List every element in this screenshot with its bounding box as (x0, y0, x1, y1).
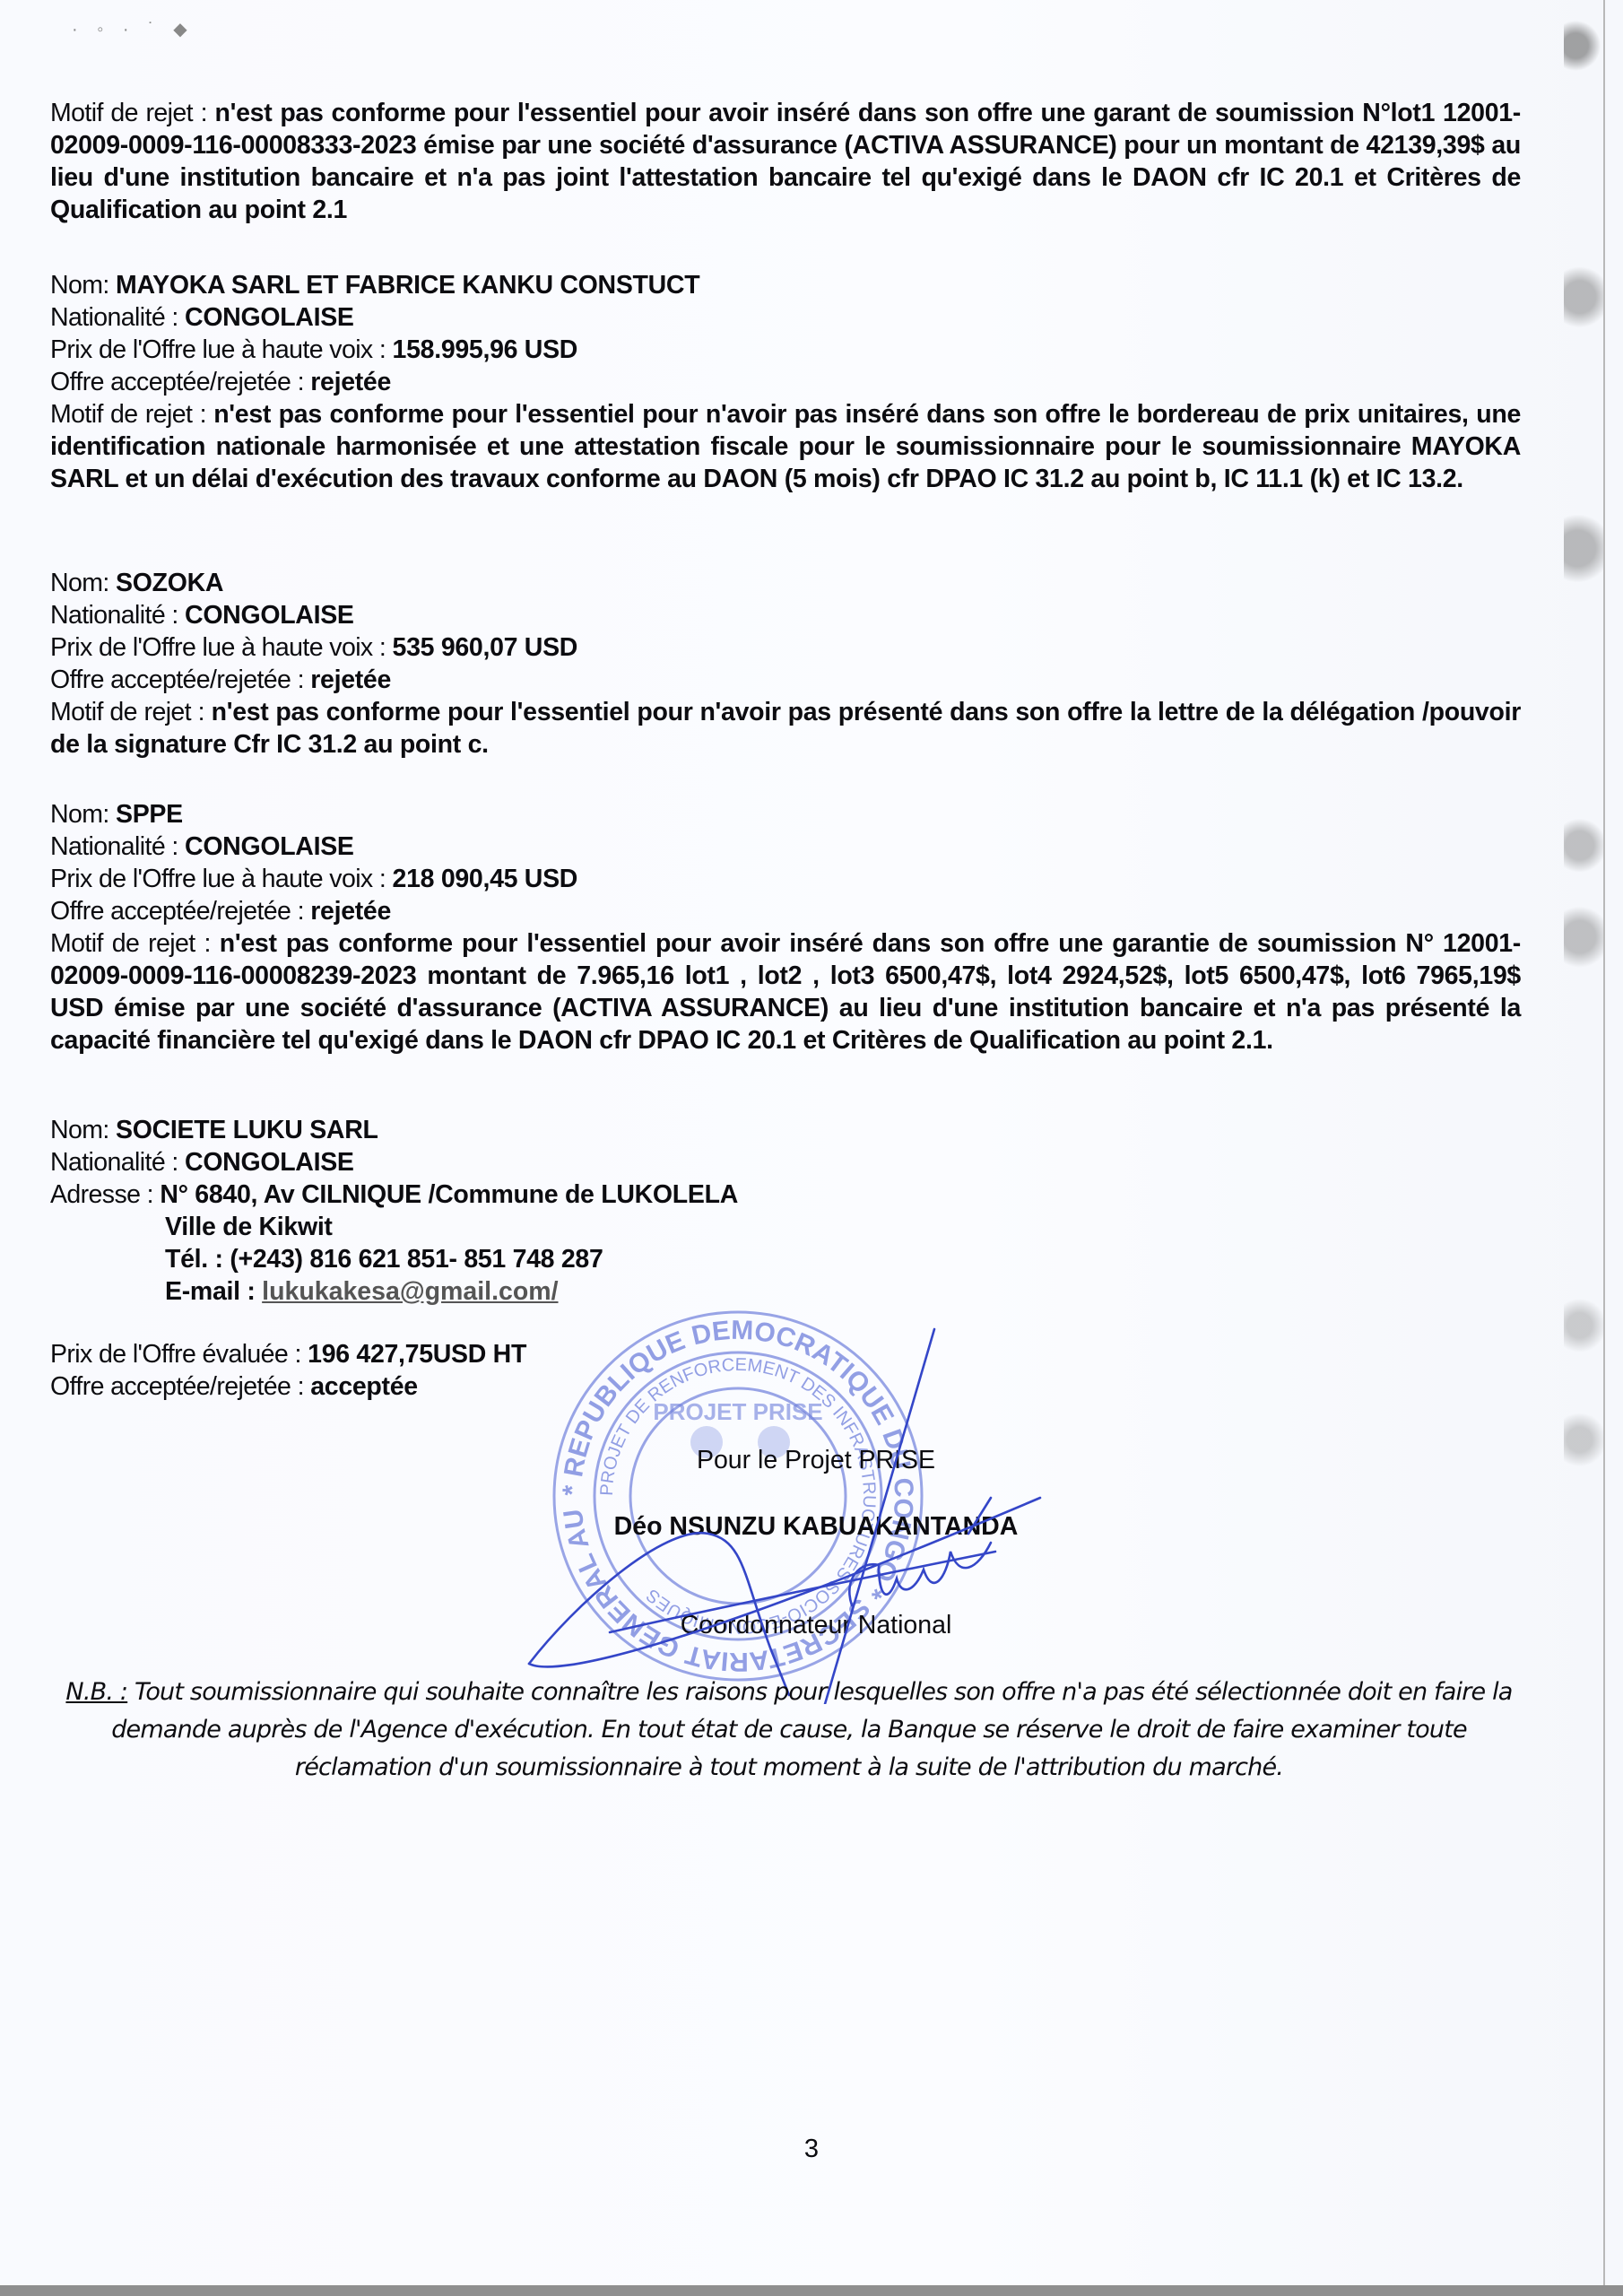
note-label: N.B. : (65, 1678, 127, 1706)
nationality-label: Nationalité : (50, 303, 185, 332)
bidder-entry: Nom: SOZOKA Nationalité : CONGOLAISE Pri… (50, 567, 1521, 761)
price-label: Prix de l'Offre lue à haute voix : (50, 335, 393, 364)
scan-marks: · ◦ · ˙ ◆ (72, 18, 195, 40)
reason-text: n'est pas conforme pour l'essentiel pour… (50, 99, 1521, 224)
status-label: Offre acceptée/rejetée : (50, 897, 310, 926)
note-text: Tout soumissionnaire qui souhaite connaî… (111, 1678, 1512, 1781)
status-label: Offre acceptée/rejetée : (50, 368, 310, 396)
nationality-label: Nationalité : (50, 601, 185, 630)
email-label: E-mail : (165, 1277, 262, 1306)
scanner-bed-strip (0, 2285, 1623, 2296)
bid-price: 218 090,45 USD (393, 865, 578, 893)
nationality: CONGOLAISE (185, 303, 354, 332)
bidder-name: SPPE (116, 800, 183, 829)
nationality: CONGOLAISE (185, 1148, 354, 1177)
name-label: Nom: (50, 569, 116, 597)
name-label: Nom: (50, 271, 116, 300)
price-label: Prix de l'Offre lue à haute voix : (50, 865, 393, 893)
nationality-label: Nationalité : (50, 832, 185, 861)
status-label: Offre acceptée/rejetée : (50, 665, 310, 694)
phone: Tél. : (+243) 816 621 851- 851 748 287 (50, 1243, 1521, 1275)
reason-label: Motif de rejet : (50, 698, 212, 726)
nationality: CONGOLAISE (185, 601, 354, 630)
evaluated-price-label: Prix de l'Offre évaluée : (50, 1340, 308, 1369)
reason-text: n'est pas conforme pour l'essentiel pour… (50, 400, 1521, 493)
signer-title: Coordonnateur National (502, 1611, 1130, 1640)
nationality-label: Nationalité : (50, 1148, 185, 1177)
reason-label: Motif de rejet : (50, 99, 215, 127)
price-label: Prix de l'Offre lue à haute voix : (50, 633, 393, 662)
evaluated-price: 196 427,75USD HT (308, 1340, 526, 1369)
bidder-entry: Nom: SPPE Nationalité : CONGOLAISE Prix … (50, 798, 1521, 1057)
bid-status: acceptée (310, 1372, 418, 1401)
for-project-label: Pour le Projet PRISE (502, 1446, 1130, 1475)
reason-label: Motif de rejet : (50, 400, 213, 429)
email-link[interactable]: lukukakesa@gmail.com/ (262, 1277, 558, 1306)
signer-name: Déo NSUNZU KABUAKANTANDA (502, 1512, 1130, 1542)
footnote: N.B. : Tout soumissionnaire qui souhaite… (63, 1674, 1515, 1787)
address-city: Ville de Kikwit (50, 1211, 1521, 1243)
name-label: Nom: (50, 1116, 116, 1144)
bid-price: 158.995,96 USD (393, 335, 578, 364)
scan-edge-artifact (1564, 0, 1605, 2285)
reason-text: n'est pas conforme pour l'essentiel pour… (50, 929, 1521, 1055)
bid-status: rejetée (310, 665, 391, 694)
name-label: Nom: (50, 800, 116, 829)
document-page: · ◦ · ˙ ◆ Motif de rejet : n'est pas con… (0, 0, 1605, 2285)
bid-status: rejetée (310, 368, 391, 396)
signer-first-name: Déo (614, 1512, 670, 1541)
page-number: 3 (0, 2135, 1623, 2164)
winning-bidder: Nom: SOCIETE LUKU SARL Nationalité : CON… (50, 1114, 1521, 1403)
address-label: Adresse : (50, 1180, 160, 1209)
intro-rejection: Motif de rejet : n'est pas conforme pour… (50, 97, 1521, 226)
bidder-name: MAYOKA SARL ET FABRICE KANKU CONSTUCT (116, 271, 699, 300)
address-line: N° 6840, Av CILNIQUE /Commune de LUKOLEL… (160, 1180, 738, 1209)
signer-last-name: NSUNZU KABUAKANTANDA (669, 1512, 1018, 1541)
nationality: CONGOLAISE (185, 832, 354, 861)
reason-text: n'est pas conforme pour l'essentiel pour… (50, 698, 1521, 759)
bidder-entry: Nom: MAYOKA SARL ET FABRICE KANKU CONSTU… (50, 269, 1521, 495)
status-label: Offre acceptée/rejetée : (50, 1372, 310, 1401)
reason-label: Motif de rejet : (50, 929, 220, 958)
bidder-name: SOZOKA (116, 569, 223, 597)
bid-price: 535 960,07 USD (393, 633, 578, 662)
bidder-name: SOCIETE LUKU SARL (116, 1116, 378, 1144)
bid-status: rejetée (310, 897, 391, 926)
